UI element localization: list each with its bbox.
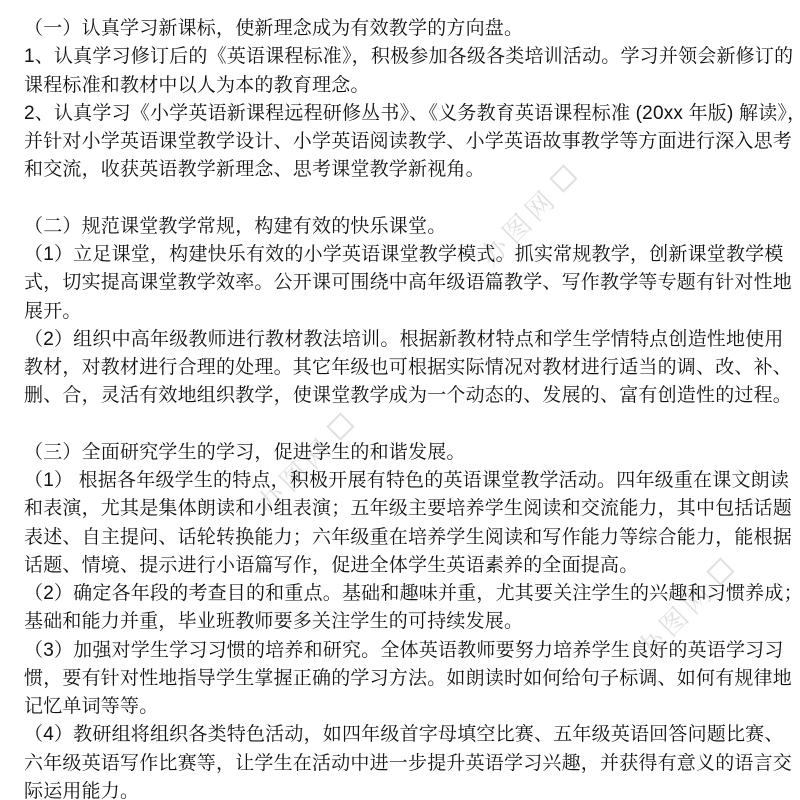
text-line: 六年级英语写作比赛等，让学生在活动中进一步提升英语学习兴趣，并获得有意义的语言交 <box>24 750 796 778</box>
text-line: 删、合，灵活有效地组织教学，使课堂教学成为一个动态的、发展的、富有创造性的过程。 <box>24 382 796 410</box>
section-2-heading: （二）规范课堂教学常规，构建有效的快乐课堂。 <box>24 213 796 241</box>
blank-line <box>24 185 796 213</box>
text-line: 记忆单词等等。 <box>24 693 796 721</box>
text-line: 基础和能力并重，毕业班教师要多关注学生的可持续发展。 <box>24 608 796 636</box>
text-line: （3）加强对学生学习习惯的培养和研究。全体英语教师要努力培养学生良好的英语学习习 <box>24 637 796 665</box>
text-line: 和交流，收获英语教学新理念、思考课堂教学新视角。 <box>24 156 796 184</box>
text-line: 教材，对教材进行合理的处理。其它年级也可根据实际情况对教材进行适当的调、改、补、 <box>24 354 796 382</box>
text-line: 课程标准和教材中以人为本的教育理念。 <box>24 72 796 100</box>
text-line: 1、认真学习修订后的《英语课程标准》，积极参加各级各类培训活动。学习并领会新修订… <box>24 43 796 71</box>
section-1-heading: （一）认真学习新课标，使新理念成为有效教学的方向盘。 <box>24 15 796 43</box>
text-line: 和表演，尤其是集体朗读和小组表演；五年级主要培养学生阅读和交流能力，其中包括话题 <box>24 495 796 523</box>
text-line: （4）教研组将组织各类特色活动，如四年级首字母填空比赛、五年级英语回答问题比赛、 <box>24 721 796 749</box>
section-3-heading: （三）全面研究学生的学习，促进学生的和谐发展。 <box>24 439 796 467</box>
text-line: 展开。 <box>24 298 796 326</box>
text-line: （2）确定各年段的考查目的和重点。基础和趣味并重，尤其要关注学生的兴趣和习惯养成… <box>24 580 796 608</box>
blank-line <box>24 411 796 439</box>
document-page: （一）认真学习新课标，使新理念成为有效教学的方向盘。 1、认真学习修订后的《英语… <box>0 0 800 800</box>
text-line: 际运用能力。 <box>24 778 796 800</box>
text-line: 并针对小学英语课堂教学设计、小学英语阅读教学、小学英语故事教学等方面进行深入思考 <box>24 128 796 156</box>
text-line: 2、认真学习《小学英语新课程远程研修丛书》、《义务教育英语课程标准 (20xx … <box>24 100 796 128</box>
text-line: （2）组织中高年级教师进行教材教法培训。根据新教材特点和学生学情特点创造性地使用 <box>24 326 796 354</box>
text-line: （1）立足课堂，构建快乐有效的小学英语课堂教学模式。抓实常规教学，创新课堂教学模 <box>24 241 796 269</box>
text-line: 表述、自主提问、话轮转换能力；六年级重在培养学生阅读和写作能力等综合能力，能根据 <box>24 524 796 552</box>
text-line: 惯，要有针对性地指导学生掌握正确的学习方法。如朗读时如何给句子标调、如何有规律地 <box>24 665 796 693</box>
text-line: （1） 根据各年级学生的特点，积极开展有特色的英语课堂教学活动。四年级重在课文朗… <box>24 467 796 495</box>
text-line: 话题、情境、提示进行小语篇写作，促进全体学生英语素养的全面提高。 <box>24 552 796 580</box>
text-line: 式，切实提高课堂教学效率。公开课可围绕中高年级语篇教学、写作教学等专题有针对性地 <box>24 269 796 297</box>
